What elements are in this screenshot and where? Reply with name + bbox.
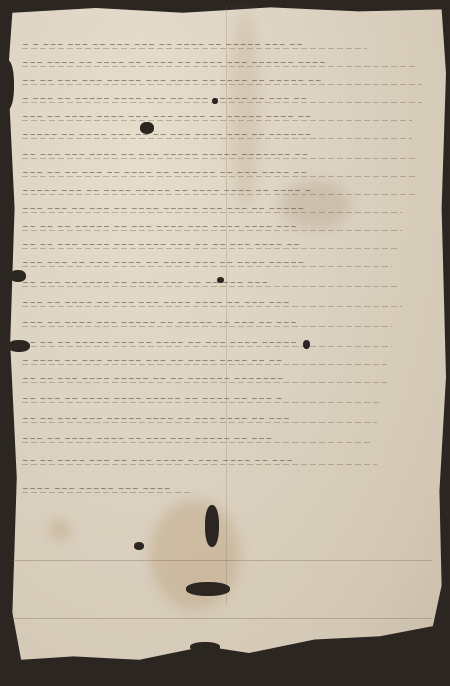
manuscript-line: ~~ ~~ ~~~ ~~~ ~~~~~ ~~~~ ~~ ~~~ ~~~~ ~~ … [22,414,377,428]
horizontal-fold [12,618,432,619]
manuscript-line: ~~ ~~~ ~~ ~~~~ ~~ ~~~~ ~~~ ~~ ~~ ~~~ ~~~ [22,278,397,292]
manuscript-line: ~~ ~~ ~~~~ ~~~ ~~ ~~~ ~~~~ ~ ~~~ ~~~~ ~~… [22,456,377,470]
manuscript-line: ~~~ ~~ ~~~~ ~~~~ ~~ ~~~ ~~~ ~~~~~ ~~ ~~~ [22,434,372,448]
manuscript-line: ~~~ ~~ ~~~~ ~~~ ~~~~~ ~~ ~~~~~ ~~ ~~~ ~~… [22,318,392,332]
manuscript-line: ~~ ~~ ~~ ~~~~~ ~~~ ~~ ~~~~ ~~ ~~~ ~~~~ ~… [22,338,392,352]
manuscript-line: ~~ ~~ ~~~ ~~~~ ~~~ ~~~~ ~~~ ~~ ~~ ~~~ ~~… [22,240,397,254]
manuscript-line: ~~~ ~~ ~~~~ ~~~~ ~~~ ~~~ ~~~~ ~~ ~~~~~ ~… [22,112,412,126]
manuscript-line: ~ ~~~~ ~~ ~~~ ~~~~~ ~~~ ~~ ~~~~ ~~~~ ~~ … [22,356,387,370]
manuscript-line: ~~~~~ ~~ ~~~~ ~~~ ~~ ~~ ~~~ ~~~~ ~~~ ~~ … [22,130,412,144]
worm-hole [140,122,154,134]
edge-damage [10,270,26,282]
stain [50,520,70,540]
manuscript-line: ~~~ ~~ ~~~~ ~~ ~~~ ~~~ ~~~~ ~~~~ ~~ ~~~ … [22,298,402,312]
manuscript-line: ~~~~~ ~~~ ~~ ~~~~ ~~~~~ ~~ ~~~~ ~~~~ ~~ … [22,186,417,200]
horizontal-fold [12,560,432,561]
worm-hole [205,505,219,547]
edge-damage [0,60,14,110]
manuscript-line: ~~ ~~ ~~~ ~~~ ~~~~~ ~~~ ~~~~ ~~ ~~~~ ~~ … [22,76,422,90]
manuscript-line: ~ ~~~ ~~ ~~~~~ ~~~~ ~~~ ~~ ~~~ ~~~~~ ~~ … [22,94,422,108]
worm-hole [186,582,230,596]
manuscript-line: ~~~ ~~~ ~~ ~~~ ~~ ~~~~ ~~~~~ ~~~ ~~~ ~~ … [22,204,402,218]
manuscript-line: ~ ~ ~~~ ~~~ ~~ ~~~ ~~~ ~~ ~~~~ ~~ ~~~~~ … [22,40,367,54]
manuscript-line: ~~~ ~~ ~~ ~~~ ~~ ~~~~ ~~ ~~~~~~ ~~ ~~~ ~… [22,168,417,182]
worm-hole [217,277,224,283]
manuscript-line: ~~ ~~ ~~~ ~~~~ ~~~~~ ~~ ~~ ~~~~~~ ~~~~~~… [22,374,387,388]
manuscript-line: ~~~ ~~~~ ~~ ~~~~ ~~ ~~~~ ~~ ~~~~ ~~~ ~~~… [22,58,417,72]
worm-hole [303,340,310,349]
manuscript-line: ~~ ~~~ ~~ ~~~~ ~~~~ ~~~~~ ~~ ~~~~ ~~ ~~~… [22,394,382,408]
edge-damage [8,340,30,352]
manuscript-line: ~~ ~~~ ~~~ ~~~~ ~~ ~~~ ~~~~~ ~~~~~ ~~~~~… [22,150,417,164]
worm-hole [212,98,218,104]
manuscript-line: ~~~~ ~~~ ~~~~~ ~~~ ~~~~ [22,484,192,498]
manuscript-line: ~~ ~~ ~~ ~~~~~ ~~ ~~~ ~~~~ ~~~ ~~~~ ~~~~… [22,222,402,236]
worm-hole [134,542,144,550]
manuscript-line: ~~~ ~~~ ~~ ~~~ ~~~~ ~~ ~~~~ ~~~ ~~ ~~~~ … [22,258,392,272]
worm-hole [190,642,220,652]
